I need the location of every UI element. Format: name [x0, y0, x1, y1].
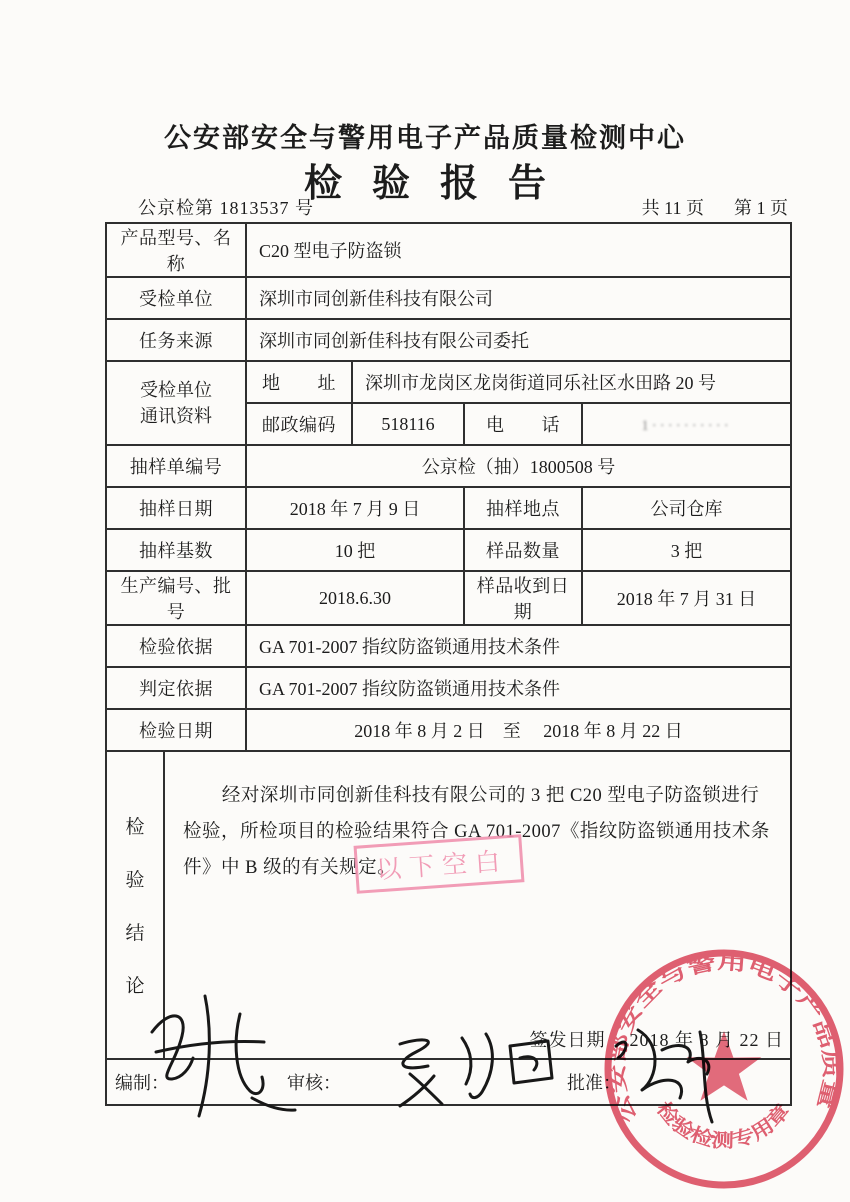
report-table: 产品型号、名称 C20 型电子防盗锁 受检单位 深圳市同创新佳科技有限公司 任务… [105, 222, 792, 1106]
table-row: 检验依据 GA 701-2007 指纹防盗锁通用技术条件 [106, 625, 791, 667]
reviewed-by-label: 审核： [287, 1069, 341, 1095]
inspection-date-value: 2018 年 8 月 2 日 至 2018 年 8 月 22 日 [246, 709, 791, 751]
contact-label: 受检单位 通讯资料 [106, 361, 246, 445]
report-page: 公安部安全与警用电子产品质量检测中心 检验报告 公京检第 1813537 号 共… [0, 0, 850, 1202]
table-row: 抽样基数 10 把 样品数量 3 把 [106, 529, 791, 571]
sample-received-date-label: 样品收到日期 [464, 571, 582, 625]
table-row: 检验日期 2018 年 8 月 2 日 至 2018 年 8 月 22 日 [106, 709, 791, 751]
conclusion-label: 检 验 结 论 [106, 751, 164, 1059]
approved-by-label: 批准： [567, 1069, 621, 1095]
inspected-unit-value: 深圳市同创新佳科技有限公司 [246, 277, 791, 319]
table-row: 抽样日期 2018 年 7 月 9 日 抽样地点 公司仓库 [106, 487, 791, 529]
product-value: C20 型电子防盗锁 [246, 223, 791, 277]
postcode-label: 邮政编码 [246, 403, 352, 445]
issue-date-label: 签发日期 [530, 1026, 606, 1052]
report-number: 公京检第 1813537 号 [138, 194, 314, 220]
production-no-label: 生产编号、批号 [106, 571, 246, 625]
address-value: 深圳市龙岗区龙岗街道同乐社区水田路 20 号 [352, 361, 791, 403]
table-row: 抽样单编号 公京检（抽）1800508 号 [106, 445, 791, 487]
signature-row: 编制： 审核： 批准： [106, 1059, 791, 1105]
judgment-basis-label: 判定依据 [106, 667, 246, 709]
production-no-value: 2018.6.30 [246, 571, 464, 625]
judgment-basis-value: GA 701-2007 指纹防盗锁通用技术条件 [246, 667, 791, 709]
total-pages: 共 11 页 [642, 194, 704, 220]
inspection-basis-value: GA 701-2007 指纹防盗锁通用技术条件 [246, 625, 791, 667]
table-row: 受检单位 深圳市同创新佳科技有限公司 [106, 277, 791, 319]
inspected-unit-label: 受检单位 [106, 277, 246, 319]
phone-value: 1·········· [582, 403, 791, 445]
task-source-label: 任务来源 [106, 319, 246, 361]
sampling-place-value: 公司仓库 [582, 487, 791, 529]
phone-label: 电 话 [464, 403, 582, 445]
inspection-date-label: 检验日期 [106, 709, 246, 751]
sampling-base-label: 抽样基数 [106, 529, 246, 571]
sample-quantity-value: 3 把 [582, 529, 791, 571]
sampling-date-value: 2018 年 7 月 9 日 [246, 487, 464, 529]
sampling-base-value: 10 把 [246, 529, 464, 571]
issue-date-value: 2018 年 8 月 22 日 [630, 1026, 785, 1052]
sampling-date-label: 抽样日期 [106, 487, 246, 529]
org-title: 公安部安全与警用电子产品质量检测中心 [0, 116, 850, 155]
sampling-sheet-no-label: 抽样单编号 [106, 445, 246, 487]
inspection-basis-label: 检验依据 [106, 625, 246, 667]
sampling-place-label: 抽样地点 [464, 487, 582, 529]
conclusion-row: 检 验 结 论 经对深圳市同创新佳科技有限公司的 3 把 C20 型电子防盗锁进… [106, 751, 791, 1059]
postcode-value: 518116 [352, 403, 464, 445]
signature-row-cell: 编制： 审核： 批准： [106, 1059, 791, 1105]
table-row: 产品型号、名称 C20 型电子防盗锁 [106, 223, 791, 277]
conclusion-cell: 经对深圳市同创新佳科技有限公司的 3 把 C20 型电子防盗锁进行检验，所检项目… [164, 751, 791, 1059]
sample-quantity-label: 样品数量 [464, 529, 582, 571]
table-row: 受检单位 通讯资料 地 址 深圳市龙岗区龙岗街道同乐社区水田路 20 号 [106, 361, 791, 403]
sampling-sheet-no-value: 公京检（抽）1800508 号 [246, 445, 791, 487]
table-row: 生产编号、批号 2018.6.30 样品收到日期 2018 年 7 月 31 日 [106, 571, 791, 625]
task-source-value: 深圳市同创新佳科技有限公司委托 [246, 319, 791, 361]
current-page: 第 1 页 [734, 194, 788, 220]
table-row: 任务来源 深圳市同创新佳科技有限公司委托 [106, 319, 791, 361]
table-row: 判定依据 GA 701-2007 指纹防盗锁通用技术条件 [106, 667, 791, 709]
issue-date-line: 签发日期 2018 年 8 月 22 日 [530, 1026, 785, 1052]
prepared-by-label: 编制： [115, 1069, 169, 1095]
report-meta-line: 公京检第 1813537 号 共 11 页 第 1 页 [105, 194, 790, 220]
product-label: 产品型号、名称 [106, 223, 246, 277]
address-label: 地 址 [246, 361, 352, 403]
sample-received-date-value: 2018 年 7 月 31 日 [582, 571, 791, 625]
